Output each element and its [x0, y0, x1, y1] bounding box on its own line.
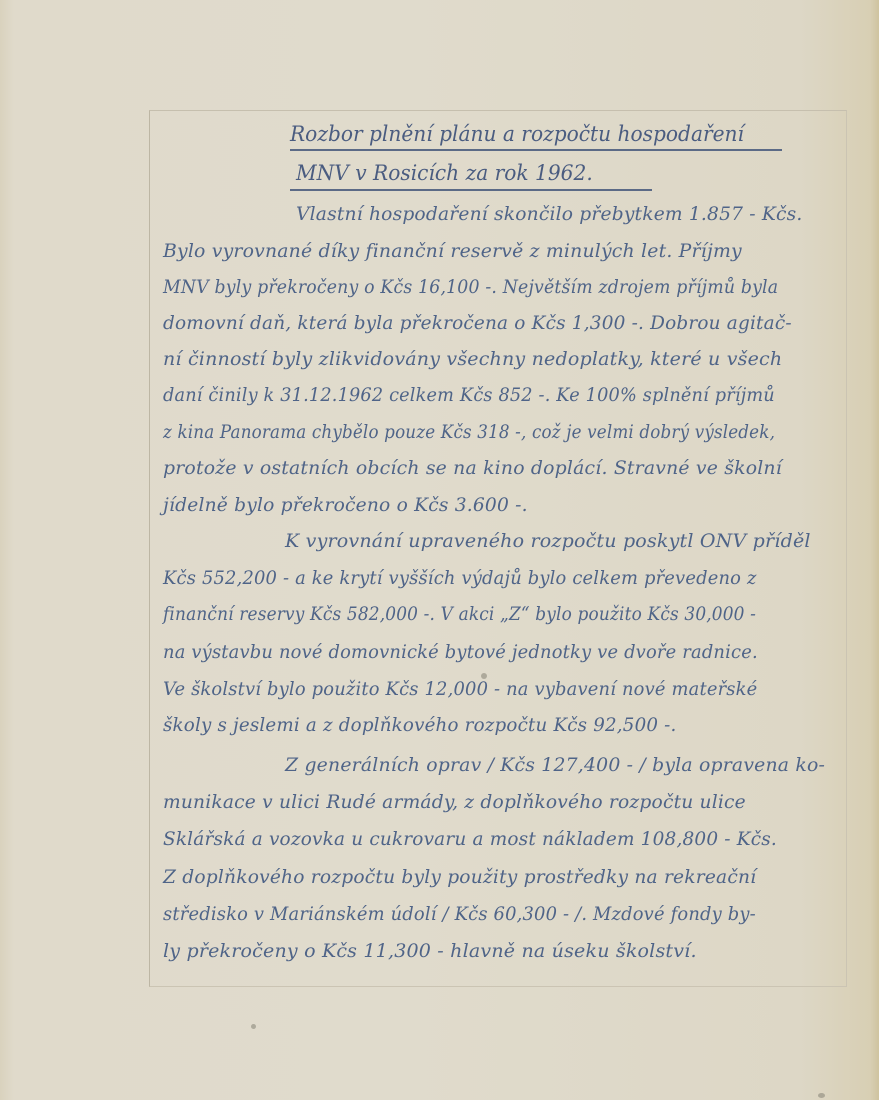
text-line-10: K vyrovnání upraveného rozpočtu poskytl …	[285, 530, 811, 552]
paper-smudge	[481, 673, 487, 679]
text-line-3: MNV byly překročeny o Kčs 16,100 -. Nejv…	[163, 276, 778, 298]
text-line-4: domovní daň, která byla překročena o Kčs…	[163, 312, 792, 334]
scanned-page: Rozbor plnění plánu a rozpočtu hospodaře…	[0, 0, 879, 1100]
paper-smudge	[251, 1024, 256, 1029]
text-line-5: ní činností byly zlikvidovány všechny ne…	[163, 348, 782, 370]
text-line-11: Kčs 552,200 - a ke krytí vyšších výdajů …	[163, 567, 757, 589]
text-line-16: Z generálních oprav / Kčs 127,400 - / by…	[285, 754, 825, 776]
paper-smudge	[818, 1093, 825, 1098]
text-line-12: finanční reservy Kčs 582,000 -. V akci „…	[163, 603, 756, 625]
text-line-19: Z doplňkového rozpočtu byly použity pros…	[163, 866, 756, 888]
title-underline-1	[290, 149, 782, 151]
text-line-18: Sklářská a vozovka u cukrovaru a most ná…	[163, 828, 777, 850]
text-line-20: středisko v Mariánském údolí / Kčs 60,30…	[163, 903, 756, 925]
text-line-15: školy s jeslemi a z doplňkového rozpočtu…	[163, 714, 677, 736]
text-line-14: Ve školství bylo použito Kčs 12,000 - na…	[163, 678, 757, 700]
text-line-8: protože v ostatních obcích se na kino do…	[163, 457, 782, 479]
document-title-line-2: MNV v Rosicích za rok 1962.	[296, 161, 593, 185]
text-line-1: Vlastní hospodaření skončilo přebytkem 1…	[296, 203, 802, 225]
text-line-17: munikace v ulici Rudé armády, z doplňkov…	[163, 791, 746, 813]
document-title-line-1: Rozbor plnění plánu a rozpočtu hospodaře…	[290, 122, 744, 146]
text-line-13: na výstavbu nové domovnické bytové jedno…	[163, 641, 758, 663]
text-line-21: ly překročeny o Kčs 11,300 - hlavně na ú…	[163, 940, 697, 962]
text-line-9: jídelně bylo překročeno o Kčs 3.600 -.	[163, 494, 528, 516]
text-line-7: z kina Panorama chybělo pouze Kčs 318 -,…	[163, 421, 775, 443]
text-line-2: Bylo vyrovnané díky finanční reservě z m…	[163, 240, 742, 262]
text-line-6: daní činily k 31.12.1962 celkem Kčs 852 …	[163, 384, 775, 406]
title-underline-2	[290, 189, 652, 191]
